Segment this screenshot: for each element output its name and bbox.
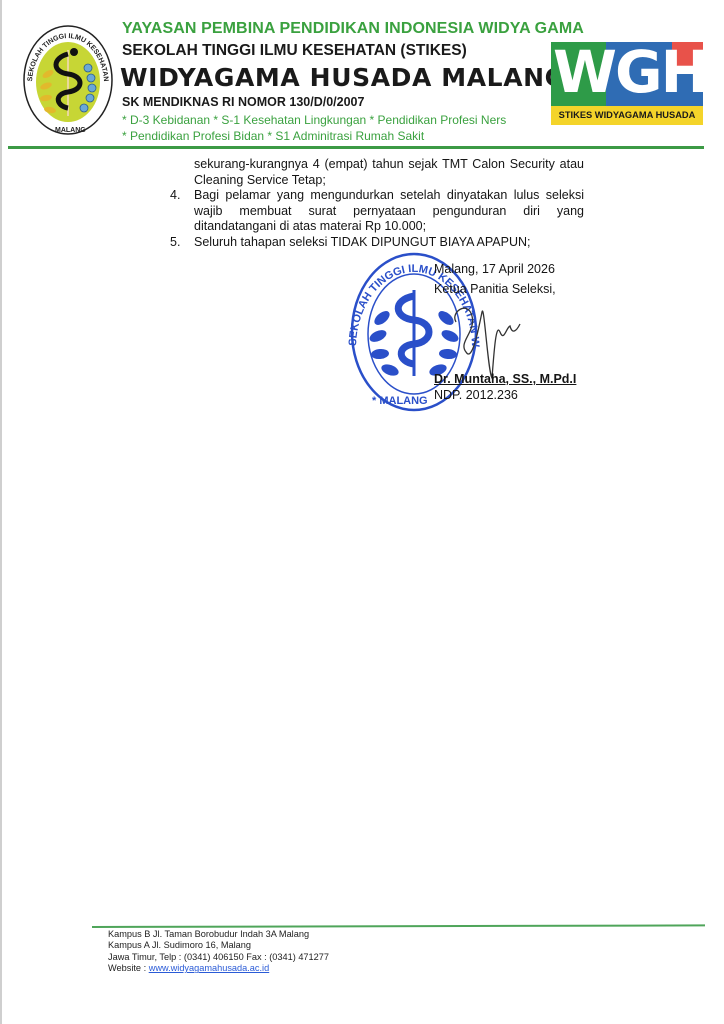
foundation-name: YAYASAN PEMBINA PENDIDIKAN INDONESIA WID… <box>122 20 584 38</box>
school-name: WIDYAGAMA HUSADA MALANG <box>120 63 566 92</box>
contact-numbers: Jawa Timur, Telp : (0341) 406150 Fax : (… <box>108 952 329 963</box>
list-number: 4. <box>170 188 194 235</box>
school-type: SEKOLAH TINGGI ILMU KESEHATAN (STIKES) <box>122 42 467 60</box>
page-edge <box>0 0 2 1024</box>
website-label: Website : <box>108 963 149 973</box>
list-text: Bagi pelamar yang mengundurkan setelah d… <box>194 188 584 235</box>
footer-divider <box>92 924 705 928</box>
header-divider <box>8 146 704 149</box>
svg-text:* MALANG: * MALANG <box>372 395 428 407</box>
signature-place-date: Malang, 17 April 2026 <box>434 262 555 276</box>
list-number: 5. <box>170 235 194 251</box>
caduceus-emblem-icon: SEKOLAH TINGGI ILMU KESEHATAN WIDYAGAMA … <box>22 24 114 136</box>
campus-a-address: Kampus A Jl. Sudimoro 16, Malang <box>108 940 329 951</box>
svg-text:MALANG: MALANG <box>55 127 86 134</box>
handwritten-signature-icon <box>448 292 528 382</box>
website-row: Website : www.widyagamahusada.ac.id <box>108 963 329 974</box>
decree-number: SK MENDIKNAS RI NOMOR 130/D/0/2007 <box>122 95 364 109</box>
website-link[interactable]: www.widyagamahusada.ac.id <box>149 963 270 973</box>
campus-b-address: Kampus B Jl. Taman Borobudur Indah 3A Ma… <box>108 929 329 940</box>
programs-line-1: * D-3 Kebidanan * S-1 Kesehatan Lingkung… <box>122 113 506 127</box>
letter-body: sekurang-kurangnya 4 (empat) tahun sejak… <box>170 157 584 251</box>
signatory-id: NDP. 2012.236 <box>434 388 518 402</box>
list-item: 4. Bagi pelamar yang mengundurkan setela… <box>170 188 584 235</box>
signatory-name: Dr. Muntaha, SS., M.Pd.I <box>434 372 576 386</box>
logo-caption: STIKES WIDYAGAMA HUSADA <box>551 106 703 125</box>
wgh-logo: WGH STIKES WIDYAGAMA HUSADA <box>551 42 703 125</box>
logo-letters: WGH <box>553 38 705 106</box>
continuation-paragraph: sekurang-kurangnya 4 (empat) tahun sejak… <box>170 157 584 188</box>
footer-address: Kampus B Jl. Taman Borobudur Indah 3A Ma… <box>108 929 329 975</box>
programs-line-2: * Pendidikan Profesi Bidan * S1 Adminitr… <box>122 129 424 143</box>
